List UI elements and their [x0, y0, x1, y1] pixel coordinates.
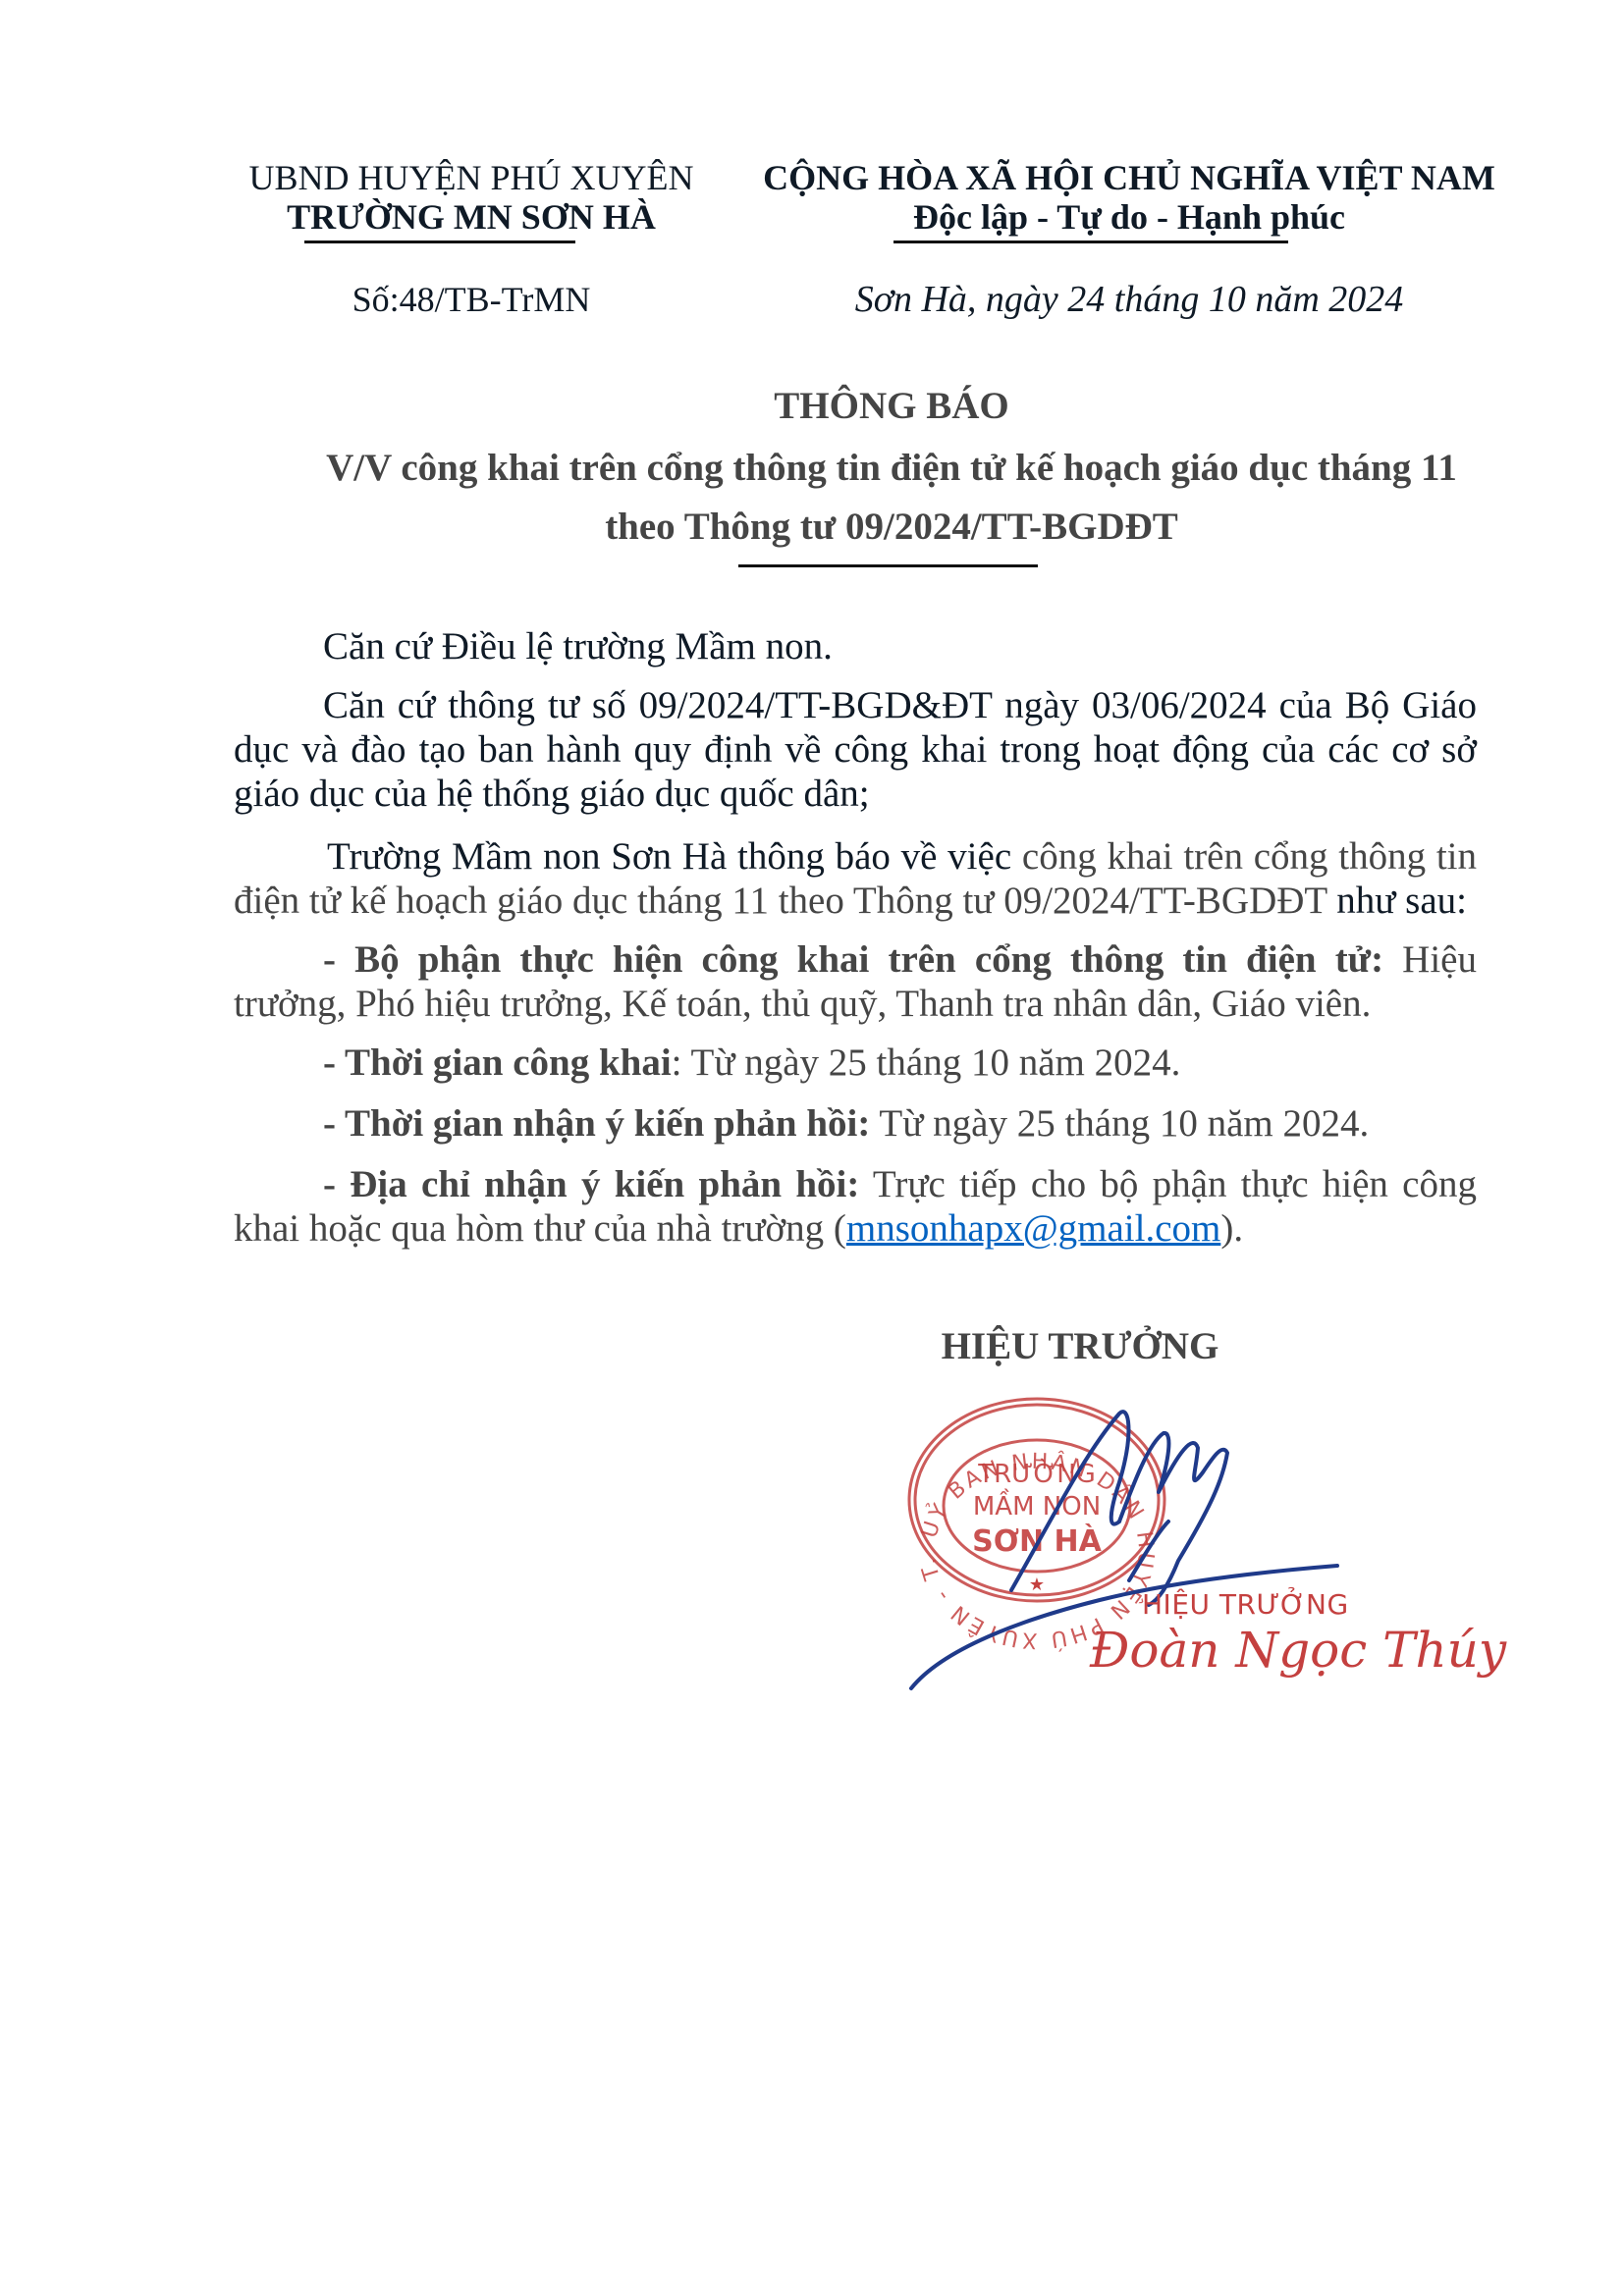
signer-title: HIỆU TRƯỞNG [923, 1325, 1237, 1368]
motto-underline [893, 240, 1288, 243]
title-underline [738, 564, 1038, 567]
document-title: THÔNG BÁO [196, 385, 1587, 428]
item-label: - Thời gian công khai [323, 1041, 672, 1084]
signer-name-stamp: Đoàn Ngọc Thúy [1090, 1622, 1506, 1679]
item-responsible-unit: - Bộ phận thực hiện công khai trên cổng … [234, 937, 1477, 1026]
document-number: Số:48/TB-TrMN [196, 279, 746, 320]
national-motto: Độc lập - Tự do - Hạnh phúc [727, 196, 1532, 238]
item-label: - Địa chỉ nhận ý kiến phản hồi: [323, 1163, 859, 1205]
item-feedback-address: - Địa chỉ nhận ý kiến phản hồi: Trực tiế… [234, 1162, 1477, 1251]
item-label: - Thời gian nhận ý kiến phản hồi: [323, 1102, 870, 1145]
document-subject-line-2: theo Thông tư 09/2024/TT-BGDĐT [196, 505, 1587, 550]
place-date: Sơn Hà, ngày 24 tháng 10 năm 2024 [727, 279, 1532, 320]
stamp-title: HIỆU TRƯỞNG [1142, 1588, 1349, 1621]
school-name: TRƯỜNG MN SƠN HÀ [196, 196, 746, 238]
email-link[interactable]: mnsonhapx@gmail.com [846, 1207, 1220, 1250]
seal-icon: UỶ BAN NHÂN DÂN HUYỆN PHÚ XUYÊN - T.P. H… [884, 1374, 1414, 1747]
item-value: Từ ngày 25 tháng 10 năm 2024. [870, 1102, 1369, 1145]
school-name-underline [304, 240, 575, 243]
paragraph-announcement: Trường Mầm non Sơn Hà thông báo về việc … [234, 834, 1477, 923]
svg-text:★: ★ [1029, 1575, 1045, 1595]
official-seal-and-signature: UỶ BAN NHÂN DÂN HUYỆN PHÚ XUYÊN - T.P. H… [884, 1374, 1414, 1747]
item-value: : Từ ngày 25 tháng 10 năm 2024. [672, 1041, 1181, 1084]
agency-name: UBND HUYỆN PHÚ XUYÊN [196, 157, 746, 198]
document-subject-line-1: V/V công khai trên cổng thông tin điện t… [196, 446, 1587, 491]
paragraph-legal-basis-1: Căn cứ Điều lệ trường Mầm non. [234, 624, 1477, 668]
item-feedback-time: - Thời gian nhận ý kiến phản hồi: Từ ngà… [234, 1101, 1477, 1146]
item-label: - Bộ phận thực hiện công khai trên cổng … [323, 938, 1383, 981]
item-suffix: ). [1220, 1207, 1243, 1250]
item-disclosure-time: - Thời gian công khai: Từ ngày 25 tháng … [234, 1041, 1477, 1085]
nation-name: CỘNG HÒA XÃ HỘI CHỦ NGHĨA VIỆT NAM [727, 157, 1532, 198]
announcement-intro: Trường Mầm non Sơn Hà thông báo về việc [327, 835, 1022, 878]
paragraph-legal-basis-2: Căn cứ thông tư số 09/2024/TT-BGD&ĐT ngà… [234, 683, 1477, 816]
announcement-closing: như sau: [1327, 880, 1467, 922]
svg-text:MẦM NON: MẦM NON [973, 1487, 1101, 1522]
